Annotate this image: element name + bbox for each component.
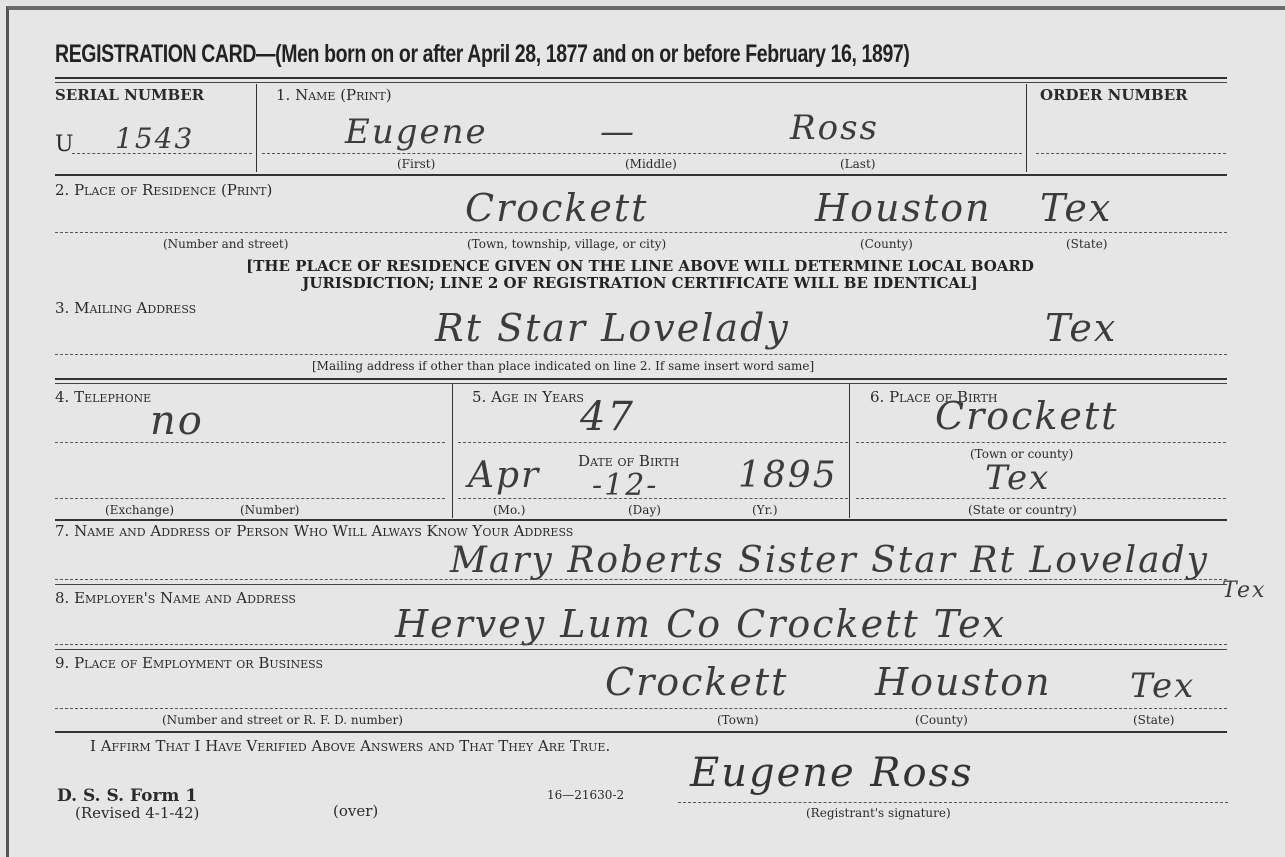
age-value: 47 — [580, 394, 635, 440]
mailing-line — [55, 354, 1227, 355]
number-caption: (Number) — [240, 503, 300, 517]
residence-county-value: Houston — [815, 186, 992, 230]
print-code: 16—21630-2 — [547, 788, 624, 802]
birthplace-town-value: Crockett — [935, 394, 1118, 438]
divider — [1026, 84, 1027, 172]
employment-state-value: Tex — [1130, 666, 1195, 706]
residence-label: 2. Place of Residence (Print) — [55, 181, 272, 199]
employment-county-caption: (County) — [915, 713, 968, 727]
divider — [452, 384, 453, 518]
contact-value: Mary Roberts Sister Star Rt Lovelady — [450, 540, 1209, 581]
last-caption: (Last) — [840, 157, 875, 171]
employer-label: 8. Employer's Name and Address — [55, 589, 296, 607]
row-rule — [55, 649, 1227, 650]
dob-year-value: 1895 — [738, 455, 838, 496]
employment-town-caption: (Town) — [717, 713, 759, 727]
serial-number-value: 1543 — [115, 122, 194, 155]
divider — [849, 384, 850, 518]
contact-line — [55, 579, 1227, 580]
form-title: REGISTRATION CARD—(Men born on or after … — [55, 40, 909, 69]
exchange-caption: (Exchange) — [105, 503, 174, 517]
serial-number-label: SERIAL NUMBER — [55, 86, 204, 104]
title-rule — [55, 77, 1227, 79]
signature-line — [678, 802, 1228, 803]
notice-line-2: JURISDICTION; LINE 2 OF REGISTRATION CER… — [130, 275, 1150, 292]
mo-caption: (Mo.) — [493, 503, 525, 517]
row-rule — [55, 378, 1227, 380]
form-revised: (Revised 4-1-42) — [75, 804, 199, 822]
mailing-address-value: Rt Star Lovelady — [435, 306, 790, 350]
mailing-caption: [Mailing address if other than place ind… — [312, 359, 814, 373]
order-number-line — [1036, 153, 1226, 154]
employment-county-value: Houston — [875, 660, 1052, 704]
employment-street-caption: (Number and street or R. F. D. number) — [162, 713, 403, 727]
telephone-value: no — [150, 398, 204, 444]
jurisdiction-notice: [THE PLACE OF RESIDENCE GIVEN ON THE LIN… — [130, 258, 1150, 292]
signature-caption: (Registrant's signature) — [806, 806, 951, 820]
form-id: D. S. S. Form 1 — [57, 786, 197, 806]
age-line — [458, 442, 848, 443]
street-caption: (Number and street) — [163, 237, 288, 251]
contact-label: 7. Name and Address of Person Who Will A… — [55, 522, 573, 540]
residence-town-value: Crockett — [465, 186, 648, 230]
notice-line-1: [THE PLACE OF RESIDENCE GIVEN ON THE LIN… — [130, 258, 1150, 275]
row-rule-2 — [55, 383, 1227, 384]
employment-state-caption: (State) — [1133, 713, 1174, 727]
order-number-label: ORDER NUMBER — [1040, 86, 1188, 104]
first-caption: (First) — [397, 157, 435, 171]
middle-caption: (Middle) — [625, 157, 677, 171]
employer-line — [55, 644, 1227, 645]
telephone-line-1 — [55, 442, 445, 443]
employment-line — [55, 708, 1227, 709]
yr-caption: (Yr.) — [752, 503, 778, 517]
birthplace-state-value: Tex — [985, 458, 1050, 498]
name-line — [262, 153, 1022, 154]
row-rule — [55, 584, 1227, 585]
residence-state-value: Tex — [1040, 186, 1112, 230]
mailing-address-label: 3. Mailing Address — [55, 299, 196, 317]
divider — [256, 84, 257, 172]
name-label: 1. Name (Print) — [276, 86, 392, 104]
telephone-line-2 — [55, 498, 445, 499]
employer-value: Hervey Lum Co Crockett Tex — [395, 602, 1006, 646]
contact-overflow-value: Tex — [1222, 578, 1266, 603]
last-name-value: Ross — [790, 108, 879, 148]
day-caption: (Day) — [628, 503, 661, 517]
affirmation-text: I Affirm That I Have Verified Above Answ… — [90, 737, 610, 755]
state-caption: (State) — [1066, 237, 1107, 251]
birthplace-line-1 — [856, 442, 1226, 443]
town-caption: (Town, township, village, or city) — [467, 237, 666, 251]
over-note: (over) — [333, 802, 378, 820]
county-caption: (County) — [860, 237, 913, 251]
mailing-state-value: Tex — [1045, 306, 1117, 350]
title-rule-2 — [55, 82, 1227, 83]
employment-label: 9. Place of Employment or Business — [55, 654, 323, 672]
employment-town-value: Crockett — [605, 660, 788, 704]
dob-line — [458, 498, 848, 499]
state-or-country-caption: (State or country) — [968, 503, 1077, 517]
serial-prefix: U — [55, 132, 74, 157]
first-name-value: Eugene — [345, 112, 488, 152]
age-label: 5. Age in Years — [472, 388, 584, 406]
telephone-label: 4. Telephone — [55, 388, 151, 406]
birthplace-line-2 — [856, 498, 1226, 499]
row-rule — [55, 174, 1227, 176]
registrant-signature: Eugene Ross — [690, 750, 974, 796]
row-rule — [55, 731, 1227, 733]
dob-month-value: Apr — [468, 455, 540, 496]
residence-line — [55, 232, 1227, 233]
middle-name-value: — — [600, 112, 636, 152]
row-rule — [55, 519, 1227, 521]
